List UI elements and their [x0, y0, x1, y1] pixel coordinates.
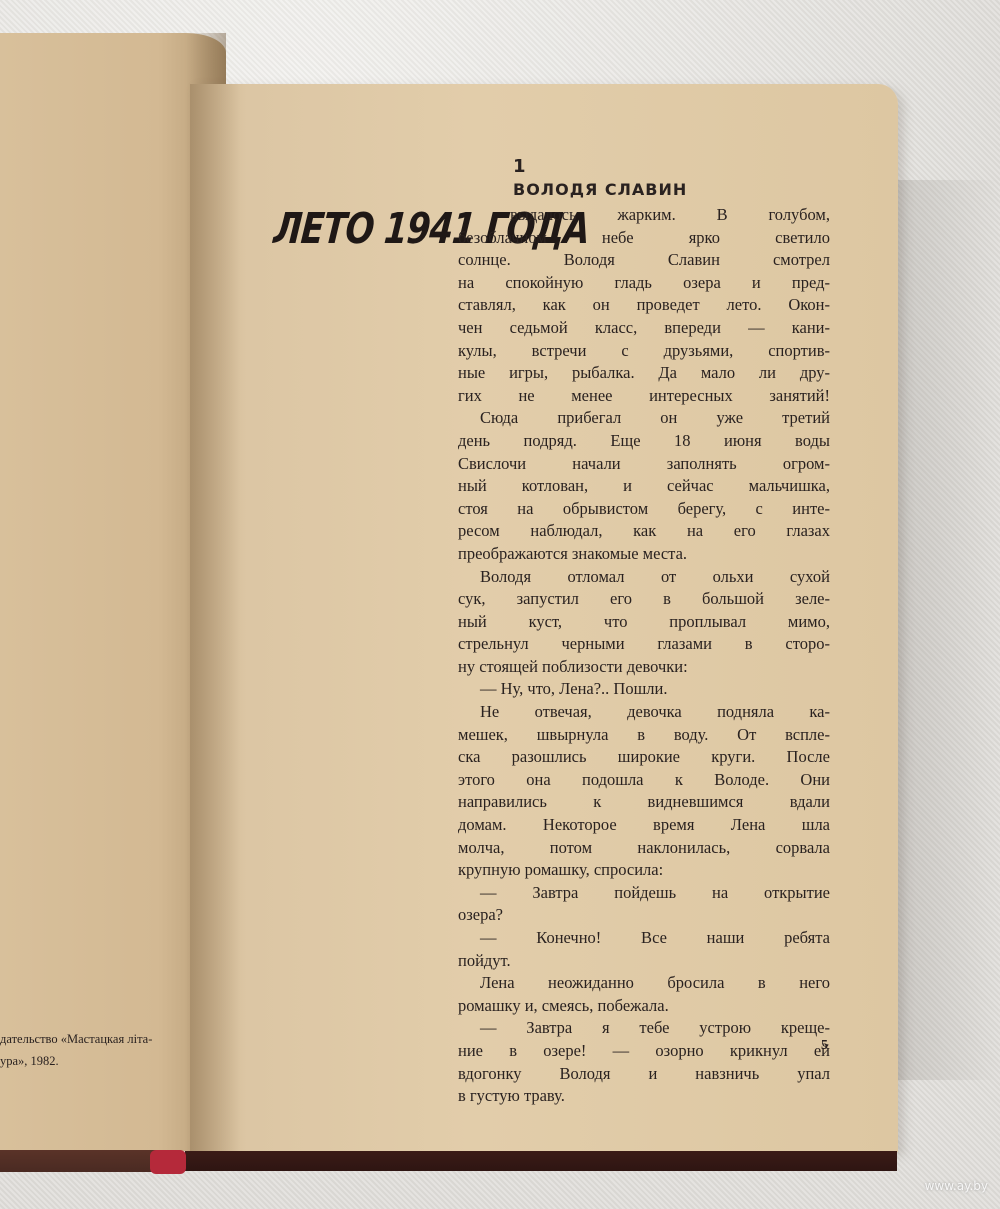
text-line: ние в озере! — озорно крикнул ей [458, 1040, 830, 1063]
imprint-line: дательство «Мастацкая літа- [0, 1028, 200, 1050]
text-line: стоя на обрывистом берегу, с инте- [458, 498, 830, 521]
text-line: — Конечно! Все наши ребята [458, 927, 830, 950]
text-line: Не отвечая, девочка подняла ка- [458, 701, 830, 724]
text-line: солнце. Володя Славин смотрел [458, 249, 830, 272]
text-line: озера? [458, 904, 830, 927]
text-line: вдогонку Володя и навзничь упал [458, 1063, 830, 1086]
text-line: день подряд. Еще 18 июня воды [458, 430, 830, 453]
text-line: Лена неожиданно бросила в него [458, 972, 830, 995]
text-line: безоблачном небе ярко светило [458, 227, 830, 250]
text-line: кулы, встречи с друзьями, спортив- [458, 340, 830, 363]
text-line: — Завтра пойдешь на открытие [458, 882, 830, 905]
page-number: 5 [821, 1038, 828, 1054]
right-page: 1 ВОЛОДЯ СЛАВИН ЛЕТО 1941 ГОДА выдалось … [190, 84, 898, 1152]
text-line: ска разошлись широкие круги. После [458, 746, 830, 769]
text-line: ромашку и, смеясь, побежала. [458, 995, 830, 1018]
chapter-number: 1 [513, 156, 526, 177]
imprint-line: ура», 1982. [0, 1050, 200, 1072]
text-line: молча, потом наклонилась, сорвала [458, 837, 830, 860]
watermark: www.ay.by [925, 1179, 988, 1193]
text-line: — Завтра я тебе устрою креще- [458, 1017, 830, 1040]
text-line: Володя отломал от ольхи сухой [458, 566, 830, 589]
text-line: преображаются знакомые места. [458, 543, 830, 566]
text-line: пойдут. [458, 950, 830, 973]
text-line: гих не менее интересных занятий! [458, 385, 830, 408]
body-text: выдалось жарким. В голубом,безоблачном н… [458, 204, 830, 1108]
text-line: — Ну, что, Лена?.. Пошли. [458, 678, 830, 701]
text-line: ресом наблюдал, как на его глазах [458, 520, 830, 543]
right-page-gutter-shadow [190, 84, 240, 1152]
publisher-imprint: дательство «Мастацкая літа- ура», 1982. [0, 1028, 200, 1072]
text-line: ну стоящей поблизости девочки: [458, 656, 830, 679]
text-line: Сюда прибегал он уже третий [458, 407, 830, 430]
chapter-title: ВОЛОДЯ СЛАВИН [513, 180, 687, 199]
tablecloth-shadow [880, 180, 1000, 1080]
text-line: выдалось жарким. В голубом, [458, 204, 830, 227]
text-line: стрельнул черными глазами в сторо- [458, 633, 830, 656]
text-line: крупную ромашку, спросила: [458, 859, 830, 882]
text-line: в густую траву. [458, 1085, 830, 1108]
text-line: чен седьмой класс, впереди — кани- [458, 317, 830, 340]
text-line: мешек, швырнула в воду. От вспле- [458, 724, 830, 747]
book-cover-edge-right [185, 1151, 897, 1171]
text-line: домам. Некоторое время Лена шла [458, 814, 830, 837]
text-line: ные игры, рыбалка. Да мало ли дру- [458, 362, 830, 385]
text-line: на спокойную гладь озера и пред- [458, 272, 830, 295]
text-line: этого она подошла к Володе. Они [458, 769, 830, 792]
text-line: ставлял, как он проведет лето. Окон- [458, 294, 830, 317]
book-cover-edge-left [0, 1150, 160, 1172]
text-line: Свислочи начали заполнять огром- [458, 453, 830, 476]
text-line: направились к видневшимся вдали [458, 791, 830, 814]
spine-bookmark [150, 1150, 186, 1174]
text-line: ный куст, что проплывал мимо, [458, 611, 830, 634]
text-line: сук, запустил его в большой зеле- [458, 588, 830, 611]
text-line: ный котлован, и сейчас мальчишка, [458, 475, 830, 498]
